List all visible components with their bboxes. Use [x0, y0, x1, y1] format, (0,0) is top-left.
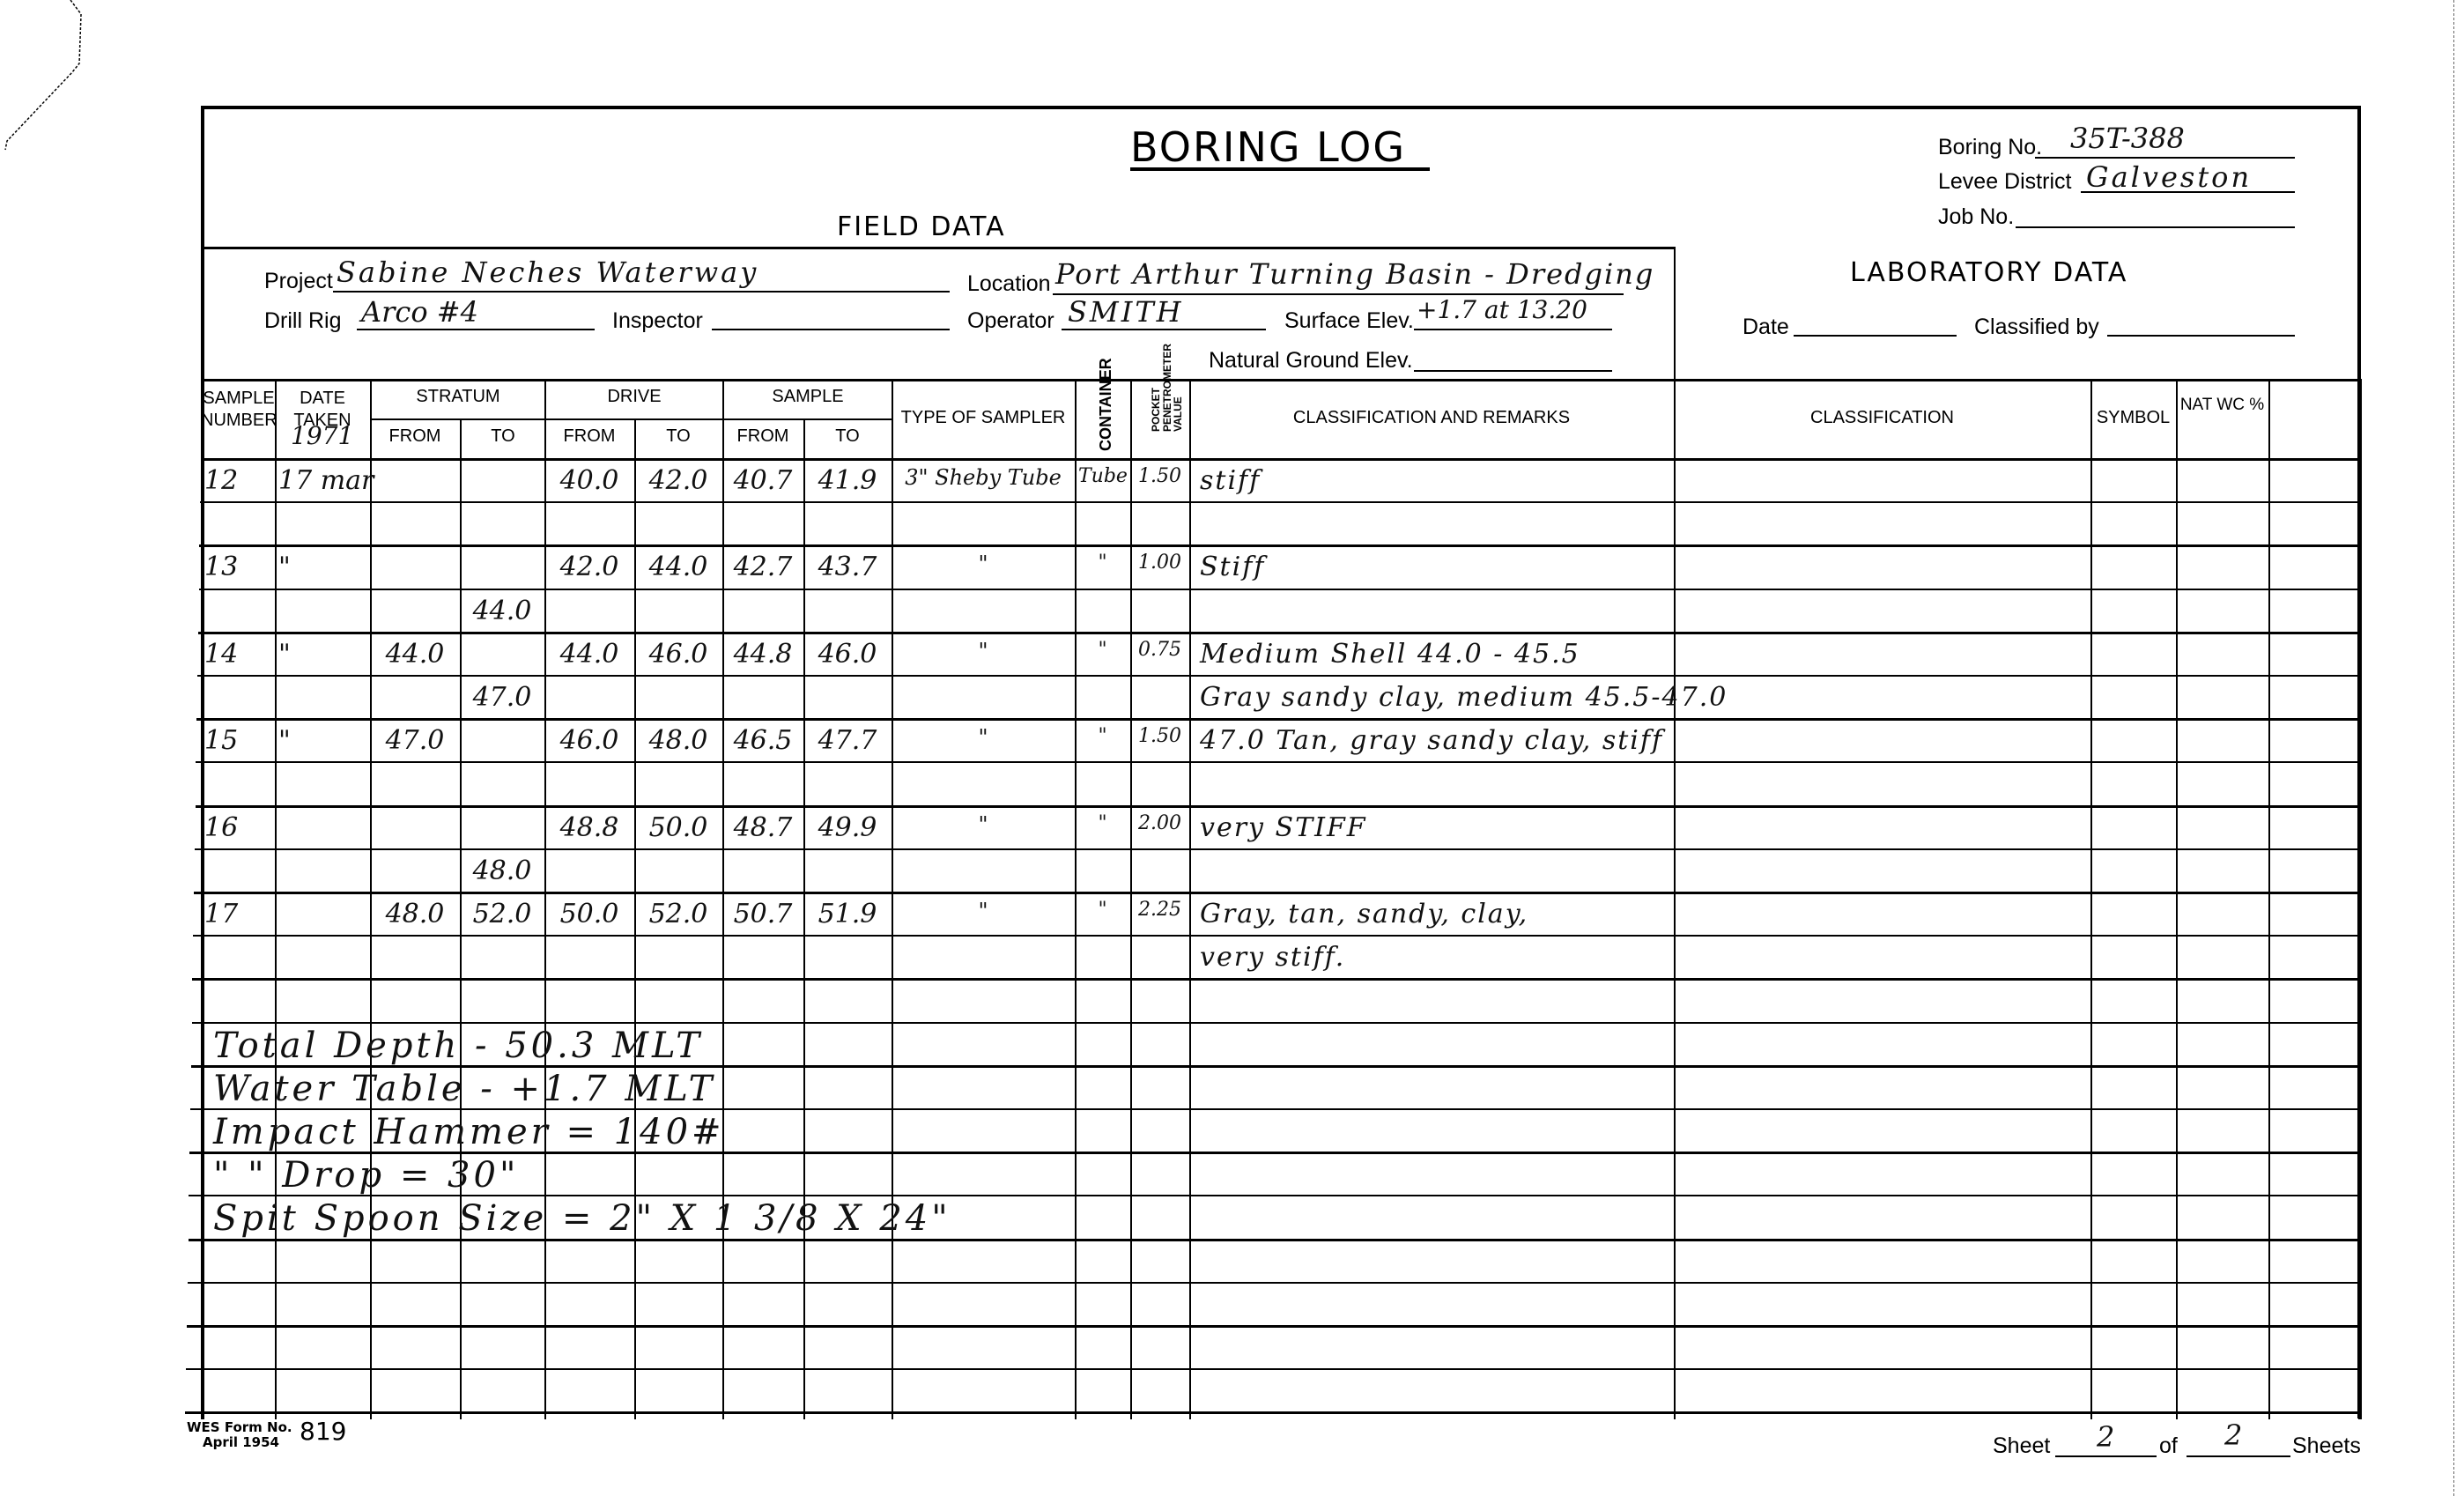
scan-edge-artifact — [0, 0, 106, 159]
col-header-symbol: SYMBOL — [2090, 407, 2176, 429]
drill-rig-label: Drill Rig — [264, 308, 342, 334]
cell-sampler[interactable]: 3" Sheby Tube — [895, 465, 1071, 490]
col-header-sample-to: TO — [803, 426, 892, 448]
lab-data-heading: LABORATORY DATA — [1850, 257, 2127, 288]
cell-sample[interactable]: 13 — [204, 552, 271, 582]
cell-sample-from[interactable]: 44.8 — [726, 639, 800, 670]
cell-drive-to[interactable]: 46.0 — [638, 639, 719, 670]
surface-elev-label: Surface Elev. — [1284, 308, 1414, 334]
col-header-stratum-to: TO — [460, 426, 546, 448]
sheet-label: Sheet — [1993, 1433, 2050, 1459]
cell-remarks[interactable]: Gray, tan, sandy, clay, — [1200, 899, 1677, 929]
field-data-heading: FIELD DATA — [837, 211, 1006, 242]
cell-container[interactable]: " — [1078, 899, 1127, 921]
project-value: Sabine Neches Waterway — [337, 256, 758, 289]
table-row-line — [194, 892, 2358, 894]
table-row-line — [196, 805, 2358, 808]
cell-stratum-from[interactable]: 44.0 — [374, 639, 456, 670]
cell-date[interactable]: " — [278, 725, 366, 756]
note-line: Spit Spoon Size = 2" X 1 3/8 X 24" — [213, 1198, 951, 1239]
cell-sample-to[interactable]: 49.9 — [807, 812, 888, 843]
field-box-right — [1674, 247, 1676, 381]
table-column-line — [2358, 379, 2362, 1419]
note-line: " " Drop = 30" — [213, 1155, 519, 1196]
cell-sampler[interactable]: " — [895, 639, 1071, 663]
cell-container[interactable]: Tube — [1078, 465, 1127, 487]
note-line: Total Depth - 50.3 MLT — [213, 1026, 703, 1066]
table-row-line — [197, 675, 2358, 677]
cell-drive-to[interactable]: 50.0 — [638, 812, 719, 843]
cell-stratum-to[interactable]: 48.0 — [463, 855, 541, 886]
cell-sampler[interactable]: " — [895, 552, 1071, 576]
cell-stratum-from[interactable]: 47.0 — [374, 725, 456, 756]
cell-sample-from[interactable]: 42.7 — [726, 552, 800, 582]
table-column-line — [2090, 379, 2092, 1419]
col-header-nat-wc: NAT WC % — [2176, 395, 2268, 416]
cell-stratum-to[interactable]: 47.0 — [463, 682, 541, 713]
table-row-line — [192, 978, 2358, 981]
cell-sampler[interactable]: " — [895, 725, 1071, 750]
frame-left-upper — [201, 106, 204, 379]
col-header-container: CONTAINER — [1097, 358, 1115, 451]
job-no-label: Job No. — [1938, 204, 2014, 230]
note-line: Water Table - +1.7 MLT — [213, 1069, 715, 1109]
col-header-lab-classification: CLASSIFICATION — [1674, 407, 2090, 429]
natural-ground-elev-label: Natural Ground Elev. — [1209, 348, 1413, 374]
cell-stratum-to[interactable]: 52.0 — [463, 899, 541, 929]
table-column-line — [722, 379, 724, 1419]
cell-stratum-to[interactable]: 44.0 — [463, 596, 541, 626]
cell-pen[interactable]: 2.00 — [1134, 812, 1186, 834]
cell-sample[interactable]: 14 — [204, 639, 271, 670]
cell-pen[interactable]: 1.50 — [1134, 465, 1186, 487]
inspector-label: Inspector — [612, 308, 703, 334]
cell-drive-from[interactable]: 46.0 — [548, 725, 631, 756]
cell-remarks[interactable]: very STIFF — [1200, 812, 1677, 843]
operator-label: Operator — [967, 308, 1054, 334]
table-row-line — [196, 718, 2358, 721]
table-header-top — [201, 379, 2358, 381]
cell-sample-to[interactable]: 41.9 — [807, 465, 888, 496]
cell-drive-to[interactable]: 48.0 — [638, 725, 719, 756]
cell-sample-to[interactable]: 51.9 — [807, 899, 888, 929]
cell-drive-to[interactable]: 52.0 — [638, 899, 719, 929]
cell-remarks[interactable]: Medium Shell 44.0 - 45.5 — [1200, 639, 1677, 670]
table-column-line — [1189, 379, 1191, 1419]
scan-edge-right — [2453, 0, 2454, 1496]
table-column-line — [2268, 379, 2270, 1419]
cell-drive-to[interactable]: 44.0 — [638, 552, 719, 582]
sheet-suffix: Sheets — [2292, 1433, 2361, 1459]
cell-remarks[interactable]: stiff — [1200, 465, 1677, 496]
cell-drive-from[interactable]: 48.8 — [548, 812, 631, 843]
date-label: Date — [1743, 315, 1789, 340]
cell-pen[interactable]: 1.50 — [1134, 725, 1186, 747]
table-row-line — [200, 501, 2358, 503]
form-number-label: WES Form No. April 1954 — [187, 1420, 292, 1449]
cell-sampler[interactable]: " — [895, 899, 1071, 923]
table-row-line — [195, 848, 2358, 850]
table-column-line — [803, 418, 805, 1419]
cell-drive-from[interactable]: 40.0 — [548, 465, 631, 496]
cell-pen[interactable]: 2.25 — [1134, 899, 1186, 921]
boring-no-value: 35T-388 — [2070, 122, 2185, 155]
cell-remarks[interactable]: Stiff — [1200, 552, 1677, 582]
cell-sample[interactable]: 15 — [204, 725, 271, 756]
table-column-line — [892, 379, 893, 1419]
cell-sampler[interactable]: " — [895, 812, 1071, 837]
levee-district-value: Galveston — [2086, 160, 2252, 194]
cell-drive-from[interactable]: 44.0 — [548, 639, 631, 670]
col-header-pocket-penetrometer: POCKET PENETROMETER VALUE — [1151, 370, 1184, 432]
sheet-current: 2 — [2097, 1420, 2114, 1454]
cell-remarks[interactable]: 47.0 Tan, gray sandy clay, stiff — [1200, 725, 1677, 756]
form-number: 819 — [300, 1417, 346, 1446]
project-label: Project — [264, 269, 333, 294]
sheet-of-label: of — [2159, 1433, 2178, 1459]
cell-pen[interactable]: 1.00 — [1134, 552, 1186, 574]
cell-container[interactable]: " — [1078, 725, 1127, 747]
cell-sample-to[interactable]: 43.7 — [807, 552, 888, 582]
form-title: BORING LOG — [1130, 123, 1406, 171]
cell-stratum-from[interactable]: 48.0 — [374, 899, 456, 929]
operator-value: SMITH — [1068, 295, 1184, 329]
table-column-line — [2176, 379, 2178, 1419]
col-header-drive-from: FROM — [544, 426, 634, 448]
drill-rig-value: Arco #4 — [361, 295, 478, 329]
form-date: April 1954 — [187, 1435, 292, 1450]
boring-no-label: Boring No. — [1938, 135, 2042, 160]
table-column-line — [370, 379, 372, 1419]
col-header-sample-number: SAMPLE NUMBER — [201, 388, 277, 432]
sheet-total: 2 — [2224, 1418, 2242, 1452]
col-header-classification-remarks: CLASSIFICATION AND REMARKS — [1189, 407, 1674, 429]
cell-sample-to[interactable]: 47.7 — [807, 725, 888, 756]
levee-district-label: Levee District — [1938, 169, 2071, 195]
classified-by-label: Classified by — [1974, 315, 2099, 340]
cell-date[interactable]: " — [278, 639, 366, 670]
cell-sample[interactable]: 16 — [204, 812, 271, 843]
note-line: Impact Hammer = 140# — [213, 1112, 725, 1152]
cell-sample-from[interactable]: 48.7 — [726, 812, 800, 843]
col-header-drive-to: TO — [634, 426, 722, 448]
surface-elev-value: +1.7 at 13.20 — [1417, 295, 1587, 324]
frame-top — [201, 106, 2361, 109]
subheader-divider — [370, 418, 892, 420]
cell-sample[interactable]: 12 — [204, 465, 271, 496]
col-header-stratum: STRATUM — [370, 386, 546, 408]
cell-drive-to[interactable]: 42.0 — [638, 465, 719, 496]
frame-left-lower — [201, 379, 204, 1417]
table-column-line — [544, 379, 546, 1419]
table-row-line — [187, 1325, 2358, 1328]
table-row-line — [189, 1239, 2358, 1241]
table-column-line — [1130, 379, 1132, 1419]
location-value: Port Arthur Turning Basin - Dredging — [1055, 257, 1654, 291]
cell-sample[interactable]: 17 — [204, 899, 271, 929]
table-column-line — [275, 379, 277, 1419]
cell-sample-from[interactable]: 40.7 — [726, 465, 800, 496]
col-header-stratum-from: FROM — [370, 426, 460, 448]
col-header-sample-from: FROM — [722, 426, 803, 448]
cell-container[interactable]: " — [1078, 812, 1127, 834]
cell-pen[interactable]: 0.75 — [1134, 639, 1186, 661]
table-row-line — [193, 935, 2358, 937]
cell-sample-from[interactable]: 46.5 — [726, 725, 800, 756]
cell-remarks[interactable]: very stiff. — [1200, 942, 1677, 973]
cell-container[interactable]: " — [1078, 552, 1127, 574]
table-row-line — [198, 632, 2358, 634]
field-box-top — [201, 247, 1674, 249]
table-column-line — [1075, 379, 1077, 1419]
table-row-line — [199, 589, 2358, 590]
col-header-type-of-sampler: TYPE OF SAMPLER — [892, 407, 1075, 429]
table-header-bottom — [201, 458, 2358, 461]
table-row-line — [185, 1411, 2358, 1414]
cell-drive-from[interactable]: 42.0 — [548, 552, 631, 582]
cell-container[interactable]: " — [1078, 639, 1127, 661]
table-row-line — [192, 1022, 2358, 1024]
table-column-line — [460, 418, 462, 1419]
table-row-line — [196, 761, 2358, 763]
cell-drive-from[interactable]: 50.0 — [548, 899, 631, 929]
col-header-drive: DRIVE — [544, 386, 724, 408]
cell-sample-from[interactable]: 50.7 — [726, 899, 800, 929]
cell-date[interactable]: 17 mar — [278, 465, 366, 496]
year-written: 1971 — [291, 421, 353, 450]
cell-sample-to[interactable]: 46.0 — [807, 639, 888, 670]
cell-remarks[interactable]: Gray sandy clay, medium 45.5-47.0 — [1200, 682, 1677, 713]
table-row-line — [186, 1368, 2358, 1370]
table-column-line — [634, 418, 636, 1419]
table-row-line — [199, 544, 2358, 547]
col-header-sample: SAMPLE — [722, 386, 893, 408]
location-label: Location — [967, 271, 1051, 297]
title-underline-full — [1130, 167, 1430, 171]
table-row-line — [188, 1282, 2358, 1284]
form-number-text: WES Form No. — [187, 1420, 292, 1435]
cell-date[interactable]: " — [278, 552, 366, 582]
